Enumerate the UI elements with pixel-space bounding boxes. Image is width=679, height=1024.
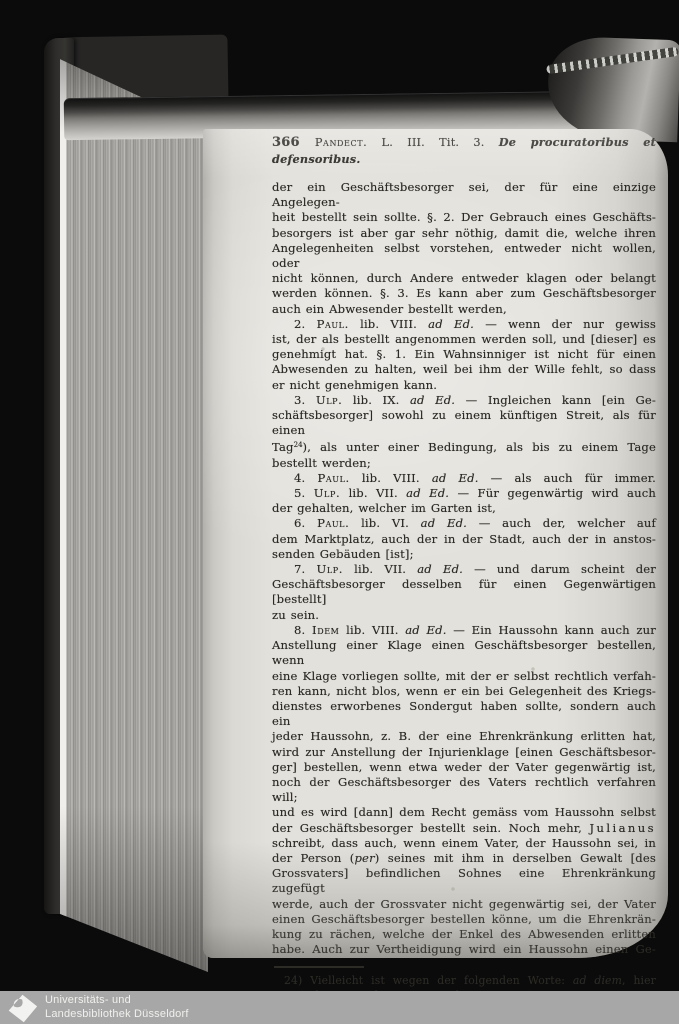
text-line: Anstellung einer Klage einen Geschäftsbe… — [272, 638, 656, 668]
page-body-text: der ein Geschäftsbesorger sei, der für e… — [272, 180, 656, 957]
text-line: senden Gebäuden [ist]; — [272, 547, 656, 562]
text-line: heit bestellt sein sollte. §. 2. Der Geb… — [272, 210, 656, 225]
text-line: einen Geschäftsbesorger bestellen könne,… — [272, 912, 656, 927]
text-line: genehmigt hat. §. 1. Ein Wahnsinniger is… — [272, 347, 656, 362]
page-stack-fore-edge — [60, 50, 208, 972]
text-line: besorgers ist aber gar sehr nöthig, dami… — [272, 226, 656, 241]
watermark-text: Universitäts- und Landesbibliothek Düsse… — [45, 993, 189, 1021]
ulb-logo-icon — [7, 993, 38, 1024]
text-line: ist, der als bestellt angenommen werden … — [272, 332, 656, 347]
text-line: Angelegenheiten selbst vorstehen, entwed… — [272, 241, 656, 271]
text-line: auch ein Abwesender bestellt werden, — [272, 302, 656, 317]
text-line: 24) Vielleicht ist wegen der folgenden W… — [272, 973, 656, 988]
book-page: 366 Pandect. L. III. Tit. 3. De procurat… — [203, 129, 668, 958]
text-line: ren kann, nicht blos, wenn er ein bei Ge… — [272, 684, 656, 699]
text-line: dienstes erworbenes Sondergut haben soll… — [272, 699, 656, 729]
text-line: der Person (per) seines mit ihm in derse… — [272, 851, 656, 866]
text-line: werden können. §. 3. Es kann aber zum Ge… — [272, 286, 656, 301]
book-scan-photo: 366 Pandect. L. III. Tit. 3. De procurat… — [0, 0, 679, 1024]
text-line: der ein Geschäftsbesorger sei, der für e… — [272, 180, 656, 210]
text-line: kung zu rächen, welche der Enkel des Abw… — [272, 927, 656, 942]
text-line: schäftsbesorger] sowohl zu einem künftig… — [272, 408, 656, 438]
text-line: Abwesenden zu halten, weil bei ihm der W… — [272, 362, 656, 377]
page-header: 366 Pandect. L. III. Tit. 3. De procurat… — [272, 134, 656, 168]
text-line: 7. Ulp. lib. VII. ad Ed. — und darum sch… — [272, 562, 656, 577]
footnote-rule — [274, 966, 364, 968]
text-line: schreibt, dass auch, wenn einem Vater, d… — [272, 836, 656, 851]
text-line: noch der Geschäftsbesorger des Vaters re… — [272, 775, 656, 805]
text-line: dem Marktplatz, auch der in der Stadt, a… — [272, 532, 656, 547]
library-watermark-banner: Universitäts- und Landesbibliothek Düsse… — [0, 991, 679, 1024]
watermark-line1: Universitäts- und — [45, 993, 189, 1007]
text-line: 5. Ulp. lib. VII. ad Ed. — Für gegenwärt… — [272, 486, 656, 501]
text-line: Geschäftsbesorger desselben für einen Ge… — [272, 577, 656, 607]
text-line: der Geschäftsbesorger bestellt sein. Noc… — [272, 821, 656, 836]
text-line: 2. Paul. lib. VIII. ad Ed. — wenn der nu… — [272, 317, 656, 332]
text-line: und es wird [dann] dem Recht gemäss vom … — [272, 805, 656, 820]
text-line: Tag24), als unter einer Bedingung, als b… — [272, 438, 656, 455]
watermark-line2: Landesbibliothek Düsseldorf — [45, 1007, 189, 1021]
text-line: werde, auch der Grossvater nicht gegenwä… — [272, 897, 656, 912]
text-line: Grossvaters] befindlichen Sohnes eine Eh… — [272, 866, 656, 896]
text-line: 4. Paul. lib. VIII. ad Ed. — als auch fü… — [272, 471, 656, 486]
text-line: wird zur Anstellung der Injurienklage [e… — [272, 745, 656, 760]
text-line: habe. Auch zur Vertheidigung wird ein Ha… — [272, 942, 656, 957]
text-line: zu sein. — [272, 608, 656, 623]
text-line: jeder Haussohn, z. B. der eine Ehrenkrän… — [272, 729, 656, 744]
text-line: der gehalten, welcher im Garten ist, — [272, 501, 656, 516]
text-line: nicht können, durch Andere entweder klag… — [272, 271, 656, 286]
text-line: 3. Ulp. lib. IX. ad Ed. — Ingleichen kan… — [272, 393, 656, 408]
text-line: 6. Paul. lib. VI. ad Ed. — auch der, wel… — [272, 516, 656, 531]
text-line: ger] bestellen, wenn etwa weder der Vate… — [272, 760, 656, 775]
text-line: er nicht genehmigen kann. — [272, 378, 656, 393]
text-line: bestellt werden; — [272, 456, 656, 471]
text-line: 8. Idem lib. VIII. ad Ed. — Ein Haussohn… — [272, 623, 656, 638]
page-text-block: 366 Pandect. L. III. Tit. 3. De procurat… — [272, 134, 656, 1003]
text-line: eine Klage vorliegen sollte, mit der er … — [272, 669, 656, 684]
